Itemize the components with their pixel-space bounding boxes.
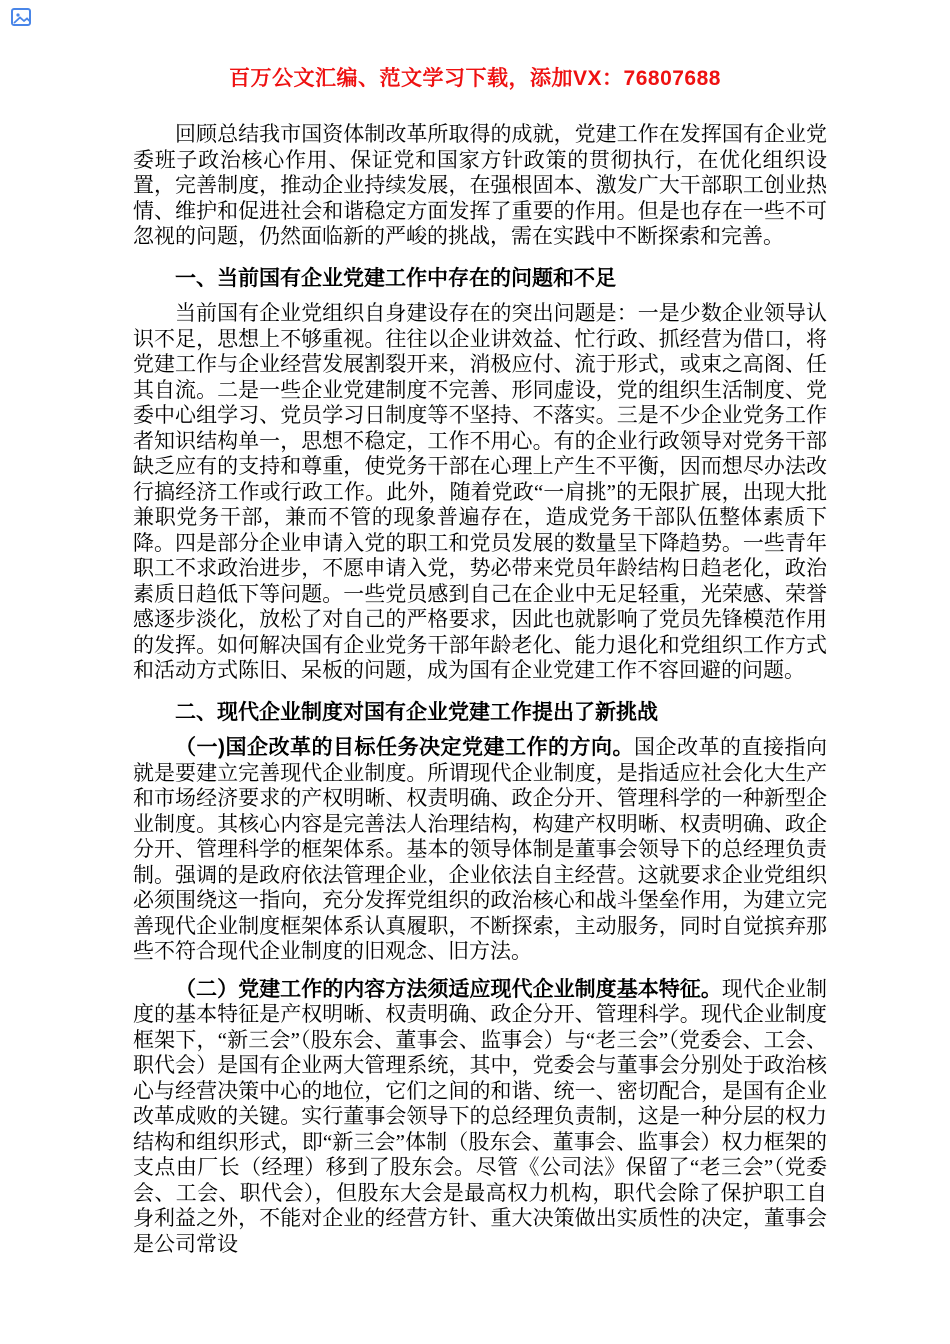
section-heading-1: 一、当前国有企业党建工作中存在的问题和不足	[133, 266, 827, 292]
subsection-1-lead: （一)国企改革的目标任务决定党建工作的方向。	[175, 736, 634, 759]
subsection-2-text: 现代企业制度的基本特征是产权明晰、权责明确、政企分开、管理科学。现代企业制度框架…	[133, 977, 827, 1256]
document-body: 回顾总结我市国资体制改革所取得的成就，党建工作在发挥国有企业党委班子政治核心作用…	[133, 122, 827, 1269]
subsection-1-text: 国企改革的直接指向就是要建立完善现代企业制度。所谓现代企业制度，是指适应社会化大…	[133, 735, 827, 963]
image-placeholder-icon	[10, 6, 32, 28]
paragraph-problems: 当前国有企业党组织自身建设存在的突出问题是：一是少数企业领导认识不足，思想上不够…	[133, 301, 827, 684]
subsection-2-lead: （二）党建工作的内容方法须适应现代企业制度基本特征。	[175, 978, 722, 1001]
document-page: 百万公文汇编、范文学习下载，添加VX：76807688 回顾总结我市国资体制改革…	[0, 0, 950, 1344]
paragraph-subsection-2: （二）党建工作的内容方法须适应现代企业制度基本特征。现代企业制度的基本特征是产权…	[133, 977, 827, 1258]
paragraph-intro: 回顾总结我市国资体制改革所取得的成就，党建工作在发挥国有企业党委班子政治核心作用…	[133, 122, 827, 250]
paragraph-subsection-1: （一)国企改革的目标任务决定党建工作的方向。国企改革的直接指向就是要建立完善现代…	[133, 735, 827, 965]
promo-banner: 百万公文汇编、范文学习下载，添加VX：76807688	[0, 62, 950, 92]
section-heading-2: 二、现代企业制度对国有企业党建工作提出了新挑战	[133, 700, 827, 726]
